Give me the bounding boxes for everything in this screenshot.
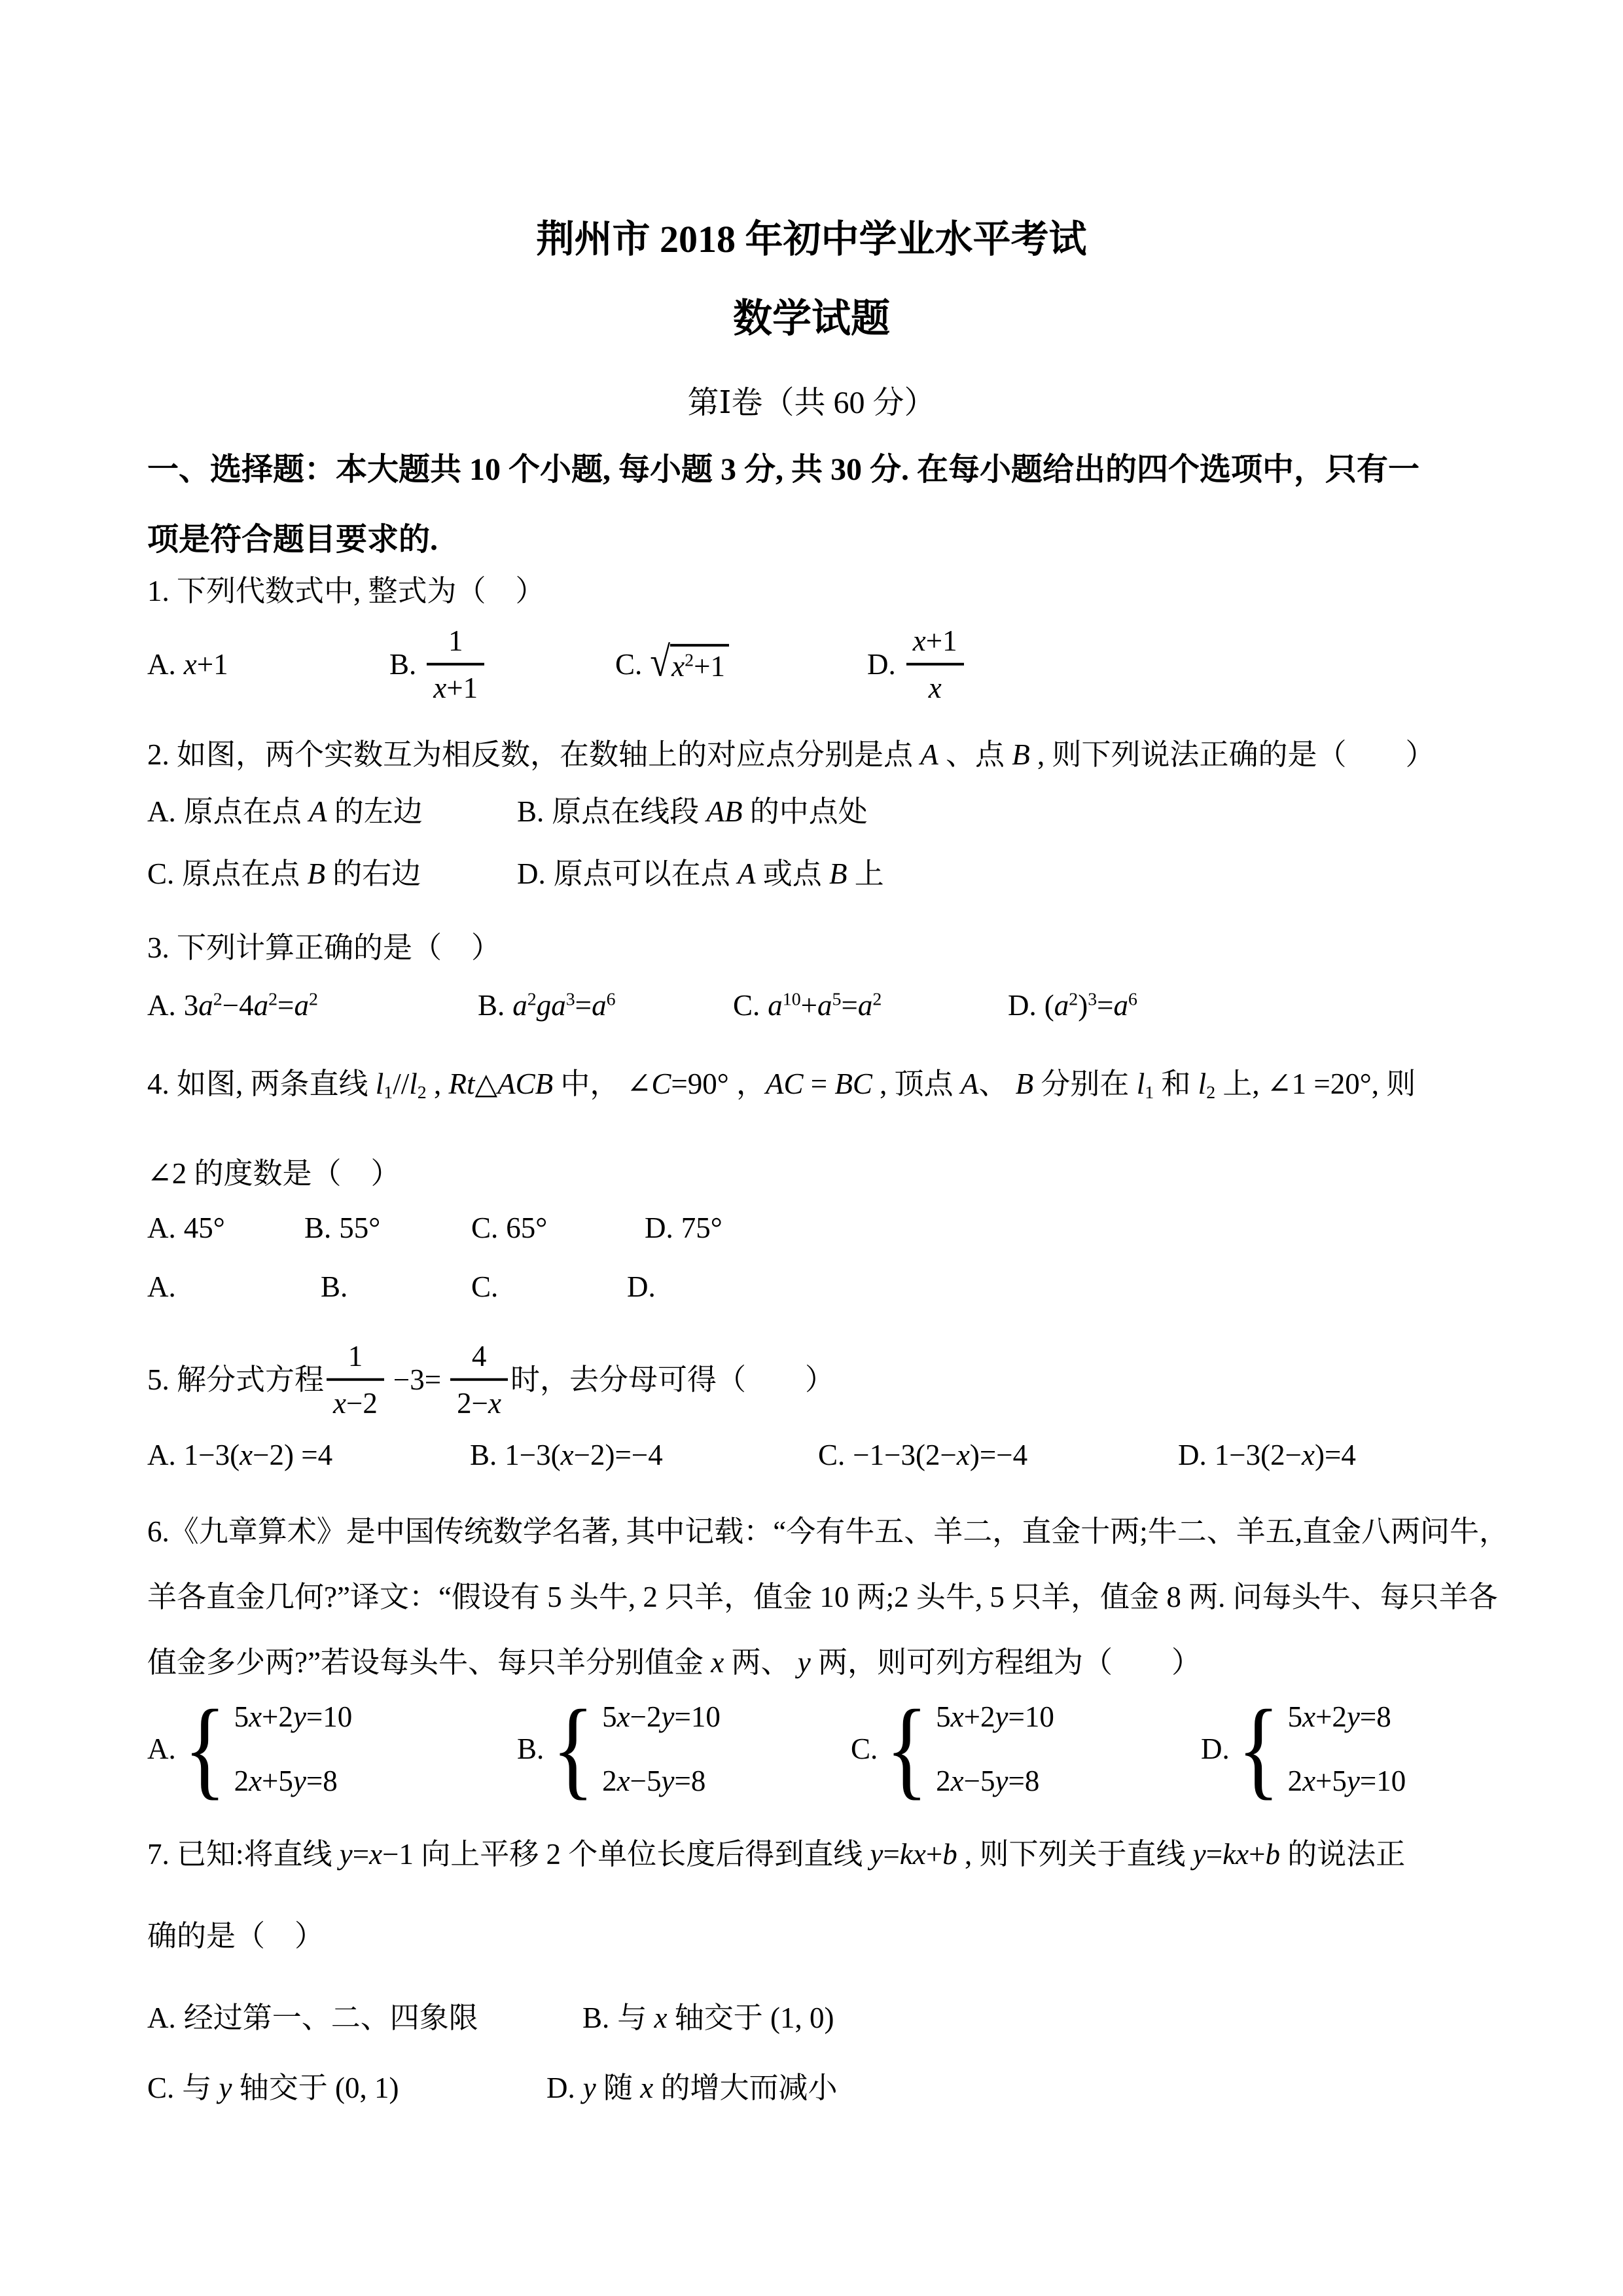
q2-option-d-text: 原点可以在点 A 或点 B 上: [554, 855, 884, 892]
q5-option-d: D. 1−3(2−x)=4: [1178, 1437, 1356, 1473]
q3-option-d: D. (a2)3=a6: [1008, 987, 1137, 1024]
q6-option-d-system: { 5x+2y=8 2x+5y=10: [1238, 1698, 1406, 1800]
q6-option-a-eq2: 2x+5y=8: [234, 1763, 353, 1799]
q4-option-d: D. 75°: [645, 1210, 722, 1246]
q6-option-d-eq1: 5x+2y=8: [1288, 1698, 1406, 1735]
q6-stem-line-1: 6.《九章算术》是中国传统数学名著, 其中记载：“今有牛五、羊二，直金十两;牛二…: [147, 1513, 1508, 1550]
q5-fraction-2-numerator: 4: [450, 1338, 508, 1378]
q6-option-a-label: A.: [147, 1731, 176, 1767]
q5-option-a: A. 1−3(x−2) =4: [147, 1437, 332, 1473]
q3-option-b-label: B.: [478, 987, 505, 1024]
q2-option-b: B. 原点在线段 AB 的中点处: [517, 793, 868, 830]
q6-option-c-eq2: 2x−5y=8: [936, 1763, 1054, 1799]
q3-option-b-math: a2ga3=a6: [512, 987, 615, 1024]
q5-option-b-label: B.: [470, 1437, 497, 1473]
q5-option-c: C. −1−3(2−x)=−4: [818, 1437, 1027, 1473]
q7-option-c-text: 与 y 轴交于 (0, 1): [182, 2070, 399, 2106]
q7-option-c: C. 与 y 轴交于 (0, 1): [147, 2070, 399, 2106]
q1-option-b-denominator: x+1: [427, 663, 484, 706]
q4-option-d-label: D.: [645, 1210, 673, 1246]
paper-title: 数学试题: [0, 295, 1623, 344]
q2-option-d: D. 原点可以在点 A 或点 B 上: [517, 855, 884, 892]
q5-option-a-math: 1−3(x−2) =4: [184, 1437, 332, 1473]
q4-option-c: C. 65°: [471, 1210, 547, 1246]
q4-option-b-text: 55°: [339, 1210, 380, 1246]
q5-option-d-label: D.: [1178, 1437, 1207, 1473]
q6-option-b-label: B.: [517, 1731, 544, 1767]
q2-option-b-label: B.: [517, 793, 544, 830]
q2-option-a: A. 原点在点 A 的左边: [147, 793, 423, 830]
q3-option-a-label: A.: [147, 987, 176, 1024]
q7-stem-line-2: 确的是（ ）: [147, 1918, 324, 1954]
q1-option-b-fraction: 1 x+1: [427, 622, 484, 707]
q1-option-d-denominator: x: [906, 663, 964, 706]
q2-option-c: C. 原点在点 B 的右边: [147, 855, 421, 892]
q1-option-c: C. √x2+1: [615, 641, 729, 687]
q1-option-a: A. x+1: [147, 646, 228, 683]
q5-stem-mid: −3=: [393, 1361, 441, 1398]
q5-option-a-label: A.: [147, 1437, 176, 1473]
q4-option-a: A. 45°: [147, 1210, 225, 1246]
q4-option-a-label: A.: [147, 1210, 176, 1246]
section-title: 第Ⅰ卷（共 60 分）: [0, 384, 1623, 423]
exam-paper-page: 荆州市 2018 年初中学业水平考试 数学试题 第Ⅰ卷（共 60 分） 一、选择…: [0, 0, 1623, 2296]
q2-option-a-label: A.: [147, 793, 176, 830]
q6-option-d-eq2: 2x+5y=10: [1288, 1763, 1406, 1799]
q7-option-d-text: y 随 x 的增大而减小: [583, 2070, 838, 2106]
q4-stem-line-2: ∠2 的度数是（ ）: [147, 1155, 400, 1192]
q7-stem-line-1: 7. 已知:将直线 y=x−1 向上平移 2 个单位长度后得到直线 y=kx+b…: [147, 1836, 1405, 1873]
q4-option-b-label: B.: [304, 1210, 331, 1246]
q1-option-c-math: √x2+1: [650, 641, 729, 687]
q4-option-a-text: 45°: [184, 1210, 225, 1246]
q5-stem-post: 时，去分母可得（ ）: [510, 1361, 834, 1398]
q7-option-a-text: 经过第一、二、四象限: [184, 2000, 478, 2036]
q6-option-a-system: { 5x+2y=10 2x+5y=8: [184, 1698, 353, 1800]
q6-option-a-eq1: 5x+2y=10: [234, 1698, 353, 1735]
q6-option-c-label: C.: [851, 1731, 878, 1767]
q2-option-c-label: C.: [147, 855, 174, 892]
q1-option-b: B. 1 x+1: [389, 622, 487, 707]
q6-option-a-brace: {: [184, 1694, 226, 1804]
q6-option-c: C. { 5x+2y=10 2x−5y=8: [851, 1698, 1054, 1800]
q4-option-c-label: C.: [471, 1210, 498, 1246]
exam-title: 荆州市 2018 年初中学业水平考试: [0, 216, 1623, 264]
q5-fraction-1-denominator: x−2: [327, 1378, 384, 1422]
q6-option-b-eq2: 2x−5y=8: [602, 1763, 721, 1799]
q4-option-b: B. 55°: [304, 1210, 380, 1246]
q5-option-c-math: −1−3(2−x)=−4: [853, 1437, 1027, 1473]
q4-extra-label-d: D.: [627, 1268, 656, 1305]
q3-option-b: B. a2ga3=a6: [478, 987, 616, 1024]
q2-option-d-label: D.: [517, 855, 546, 892]
q1-option-d-label: D.: [867, 646, 896, 683]
q7-option-b-text: 与 x 轴交于 (1, 0): [617, 2000, 834, 2036]
q6-option-d-label: D.: [1201, 1731, 1230, 1767]
q6-option-d: D. { 5x+2y=8 2x+5y=10: [1201, 1698, 1406, 1800]
q1-option-c-label: C.: [615, 646, 642, 683]
q3-option-c: C. a10+a5=a2: [733, 987, 882, 1024]
q3-option-c-label: C.: [733, 987, 760, 1024]
q4-option-d-text: 75°: [681, 1210, 722, 1246]
q2-option-c-text: 原点在点 B 的右边: [182, 855, 421, 892]
q2-option-b-text: 原点在线段 AB 的中点处: [552, 793, 868, 830]
instructions-line-2: 项是符合题目要求的.: [147, 520, 438, 560]
q1-option-d: D. x+1 x: [867, 622, 967, 707]
instructions-line-1: 一、选择题：本大题共 10 个小题, 每小题 3 分, 共 30 分. 在每小题…: [147, 450, 1419, 490]
q7-option-c-label: C.: [147, 2070, 174, 2106]
q6-option-a: A. { 5x+2y=10 2x+5y=8: [147, 1698, 352, 1800]
q7-option-a: A. 经过第一、二、四象限: [147, 2000, 478, 2036]
q6-stem-line-2: 羊各直金几何?”译文：“假设有 5 头牛, 2 只羊，值金 10 两;2 头牛,…: [147, 1579, 1498, 1615]
q5-option-b-math: 1−3(x−2)=−4: [505, 1437, 662, 1473]
q4-extra-label-a: A.: [147, 1268, 176, 1305]
q6-option-b-brace: {: [552, 1694, 594, 1804]
q7-option-b-label: B.: [582, 2000, 609, 2036]
q4-stem-line-1: 4. 如图, 两条直线 l1//l2 , Rt△ACB 中， ∠C=90° ，A…: [147, 1066, 1416, 1102]
q7-option-b: B. 与 x 轴交于 (1, 0): [582, 2000, 834, 2036]
q5-option-d-math: 1−3(2−x)=4: [1215, 1437, 1356, 1473]
q7-option-d: D. y 随 x 的增大而减小: [546, 2070, 838, 2106]
q5-option-c-label: C.: [818, 1437, 845, 1473]
q6-stem-line-3: 值金多少两?”若设每头牛、每只羊分别值金 x 两、 y 两，则可列方程组为（ ）: [147, 1644, 1201, 1681]
q6-option-d-brace: {: [1238, 1694, 1280, 1804]
q2-stem: 2. 如图，两个实数互为相反数，在数轴上的对应点分别是点 A 、点 B , 则下…: [147, 736, 1435, 773]
q1-option-b-numerator: 1: [427, 622, 484, 663]
q1-option-a-label: A.: [147, 646, 176, 683]
q1-option-d-numerator: x+1: [906, 622, 964, 663]
q3-option-d-label: D.: [1008, 987, 1037, 1024]
q5-stem-pre: 5. 解分式方程: [147, 1361, 324, 1398]
q1-option-d-fraction: x+1 x: [906, 622, 964, 707]
q4-extra-label-c: C.: [471, 1268, 498, 1305]
q6-option-c-system: { 5x+2y=10 2x−5y=8: [885, 1698, 1054, 1800]
q5-option-b: B. 1−3(x−2)=−4: [470, 1437, 663, 1473]
q2-option-a-text: 原点在点 A 的左边: [184, 793, 423, 830]
q3-option-c-math: a10+a5=a2: [768, 987, 882, 1024]
q6-option-b-system: { 5x−2y=10 2x−5y=8: [552, 1698, 721, 1800]
q6-option-b: B. { 5x−2y=10 2x−5y=8: [517, 1698, 721, 1800]
q1-option-b-label: B.: [389, 646, 416, 683]
q5-fraction-1: 1 x−2: [327, 1338, 384, 1422]
q3-option-a-math: 3a2−4a2=a2: [184, 987, 318, 1024]
q6-option-b-eq1: 5x−2y=10: [602, 1698, 721, 1735]
q4-extra-label-b: B.: [321, 1268, 348, 1305]
q3-option-d-math: (a2)3=a6: [1044, 987, 1137, 1024]
q4-option-c-text: 65°: [506, 1210, 547, 1246]
q3-option-a: A. 3a2−4a2=a2: [147, 987, 318, 1024]
q1-stem: 1. 下列代数式中, 整式为（ ）: [147, 573, 545, 609]
q5-fraction-2: 4 2−x: [450, 1338, 508, 1422]
q5-fraction-1-numerator: 1: [327, 1338, 384, 1378]
q5-fraction-2-denominator: 2−x: [450, 1378, 508, 1422]
q6-option-c-brace: {: [885, 1694, 928, 1804]
q1-option-a-math: x+1: [184, 646, 228, 683]
q7-option-a-label: A.: [147, 2000, 176, 2036]
q5-stem: 5. 解分式方程 1 x−2 −3= 4 2−x 时，去分母可得（ ）: [147, 1338, 834, 1422]
q3-stem: 3. 下列计算正确的是（ ）: [147, 929, 501, 966]
q6-option-c-eq1: 5x+2y=10: [936, 1698, 1054, 1735]
q7-option-d-label: D.: [546, 2070, 575, 2106]
